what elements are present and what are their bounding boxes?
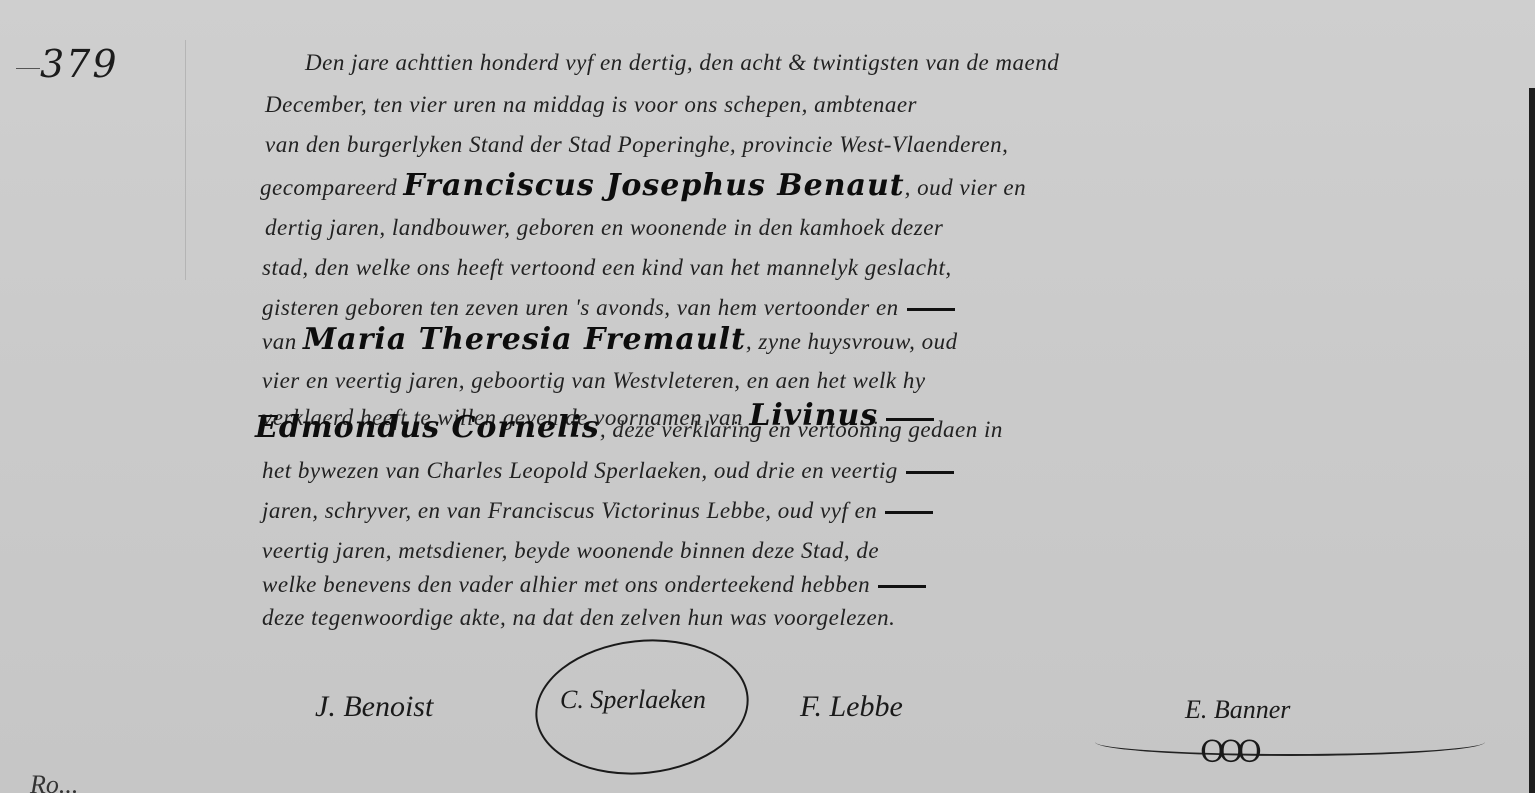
line-text: van den burgerlyken Stand der Stad Poper… bbox=[265, 132, 1008, 157]
text-line-4: gecompareerd Franciscus Josephus Benaut,… bbox=[260, 168, 1026, 203]
line-text: welke benevens den vader alhier met ons … bbox=[262, 572, 870, 597]
text-line-5: dertig jaren, landbouwer, geboren en woo… bbox=[265, 215, 943, 241]
child-middle-names: Edmondus Cornelis bbox=[255, 410, 600, 445]
line-text: , zyne huysvrouw, oud bbox=[746, 329, 958, 354]
line-text: stad, den welke ons heeft vertoond een k… bbox=[262, 255, 952, 280]
text-line-6: stad, den welke ons heeft vertoond een k… bbox=[262, 255, 952, 281]
text-line-1: Den jare achttien honderd vyf en dertig,… bbox=[305, 50, 1059, 76]
line-filler-dash bbox=[906, 471, 954, 474]
entry-number: 379 bbox=[40, 42, 119, 86]
mother-name: Maria Theresia Fremault bbox=[303, 322, 746, 357]
father-name: Franciscus Josephus Benaut bbox=[403, 168, 904, 203]
signature-father: J. Benoist bbox=[315, 690, 433, 724]
signature-witness-2: F. Lebbe bbox=[800, 690, 903, 724]
page-edge bbox=[1529, 88, 1535, 793]
line-text: , oud vier en bbox=[905, 175, 1026, 200]
line-text: van bbox=[262, 329, 297, 354]
line-text: gecompareerd bbox=[260, 175, 397, 200]
register-page-scan: 379 Den jare achttien honderd vyf en der… bbox=[0, 0, 1535, 793]
line-text: Den jare achttien honderd vyf en dertig,… bbox=[305, 50, 1059, 75]
line-text: December, ten vier uren na middag is voo… bbox=[265, 92, 917, 117]
text-line-8: van Maria Theresia Fremault, zyne huysvr… bbox=[262, 322, 958, 357]
next-entry-fragment: Ro... bbox=[30, 770, 78, 793]
signature-paraph-loops: OOO bbox=[1200, 735, 1256, 770]
signature-witness-1: C. Sperlaeken bbox=[560, 685, 706, 715]
line-filler-dash bbox=[878, 585, 926, 588]
signature-paraph-line bbox=[1095, 728, 1485, 756]
text-line-9: vier en veertig jaren, geboortig van Wes… bbox=[262, 368, 926, 394]
line-text: veertig jaren, metsdiener, beyde woonend… bbox=[262, 538, 879, 563]
margin-rule bbox=[185, 40, 186, 280]
signature-officer: E. Banner bbox=[1185, 695, 1290, 725]
line-text: vier en veertig jaren, geboortig van Wes… bbox=[262, 368, 926, 393]
text-line-7: gisteren geboren ten zeven uren 's avond… bbox=[262, 295, 955, 321]
line-text: het bywezen van Charles Leopold Sperlaek… bbox=[262, 458, 898, 483]
text-line-15: welke benevens den vader alhier met ons … bbox=[262, 572, 926, 598]
line-text: gisteren geboren ten zeven uren 's avond… bbox=[262, 295, 899, 320]
text-line-13: jaren, schryver, en van Franciscus Victo… bbox=[262, 498, 933, 524]
text-line-2: December, ten vier uren na middag is voo… bbox=[265, 92, 917, 118]
line-text: , deze verklaring en vertooning gedaen i… bbox=[600, 417, 1003, 442]
text-line-14: veertig jaren, metsdiener, beyde woonend… bbox=[262, 538, 879, 564]
text-line-12: het bywezen van Charles Leopold Sperlaek… bbox=[262, 458, 954, 484]
text-line-16: deze tegenwoordige akte, na dat den zelv… bbox=[262, 605, 895, 631]
line-filler-dash bbox=[885, 511, 933, 514]
line-text: jaren, schryver, en van Franciscus Victo… bbox=[262, 498, 877, 523]
line-text: dertig jaren, landbouwer, geboren en woo… bbox=[265, 215, 943, 240]
line-text: deze tegenwoordige akte, na dat den zelv… bbox=[262, 605, 895, 630]
text-line-11: Edmondus Cornelis, deze verklaring en ve… bbox=[255, 410, 1003, 445]
line-filler-dash bbox=[907, 308, 955, 311]
text-line-3: van den burgerlyken Stand der Stad Poper… bbox=[265, 132, 1008, 158]
